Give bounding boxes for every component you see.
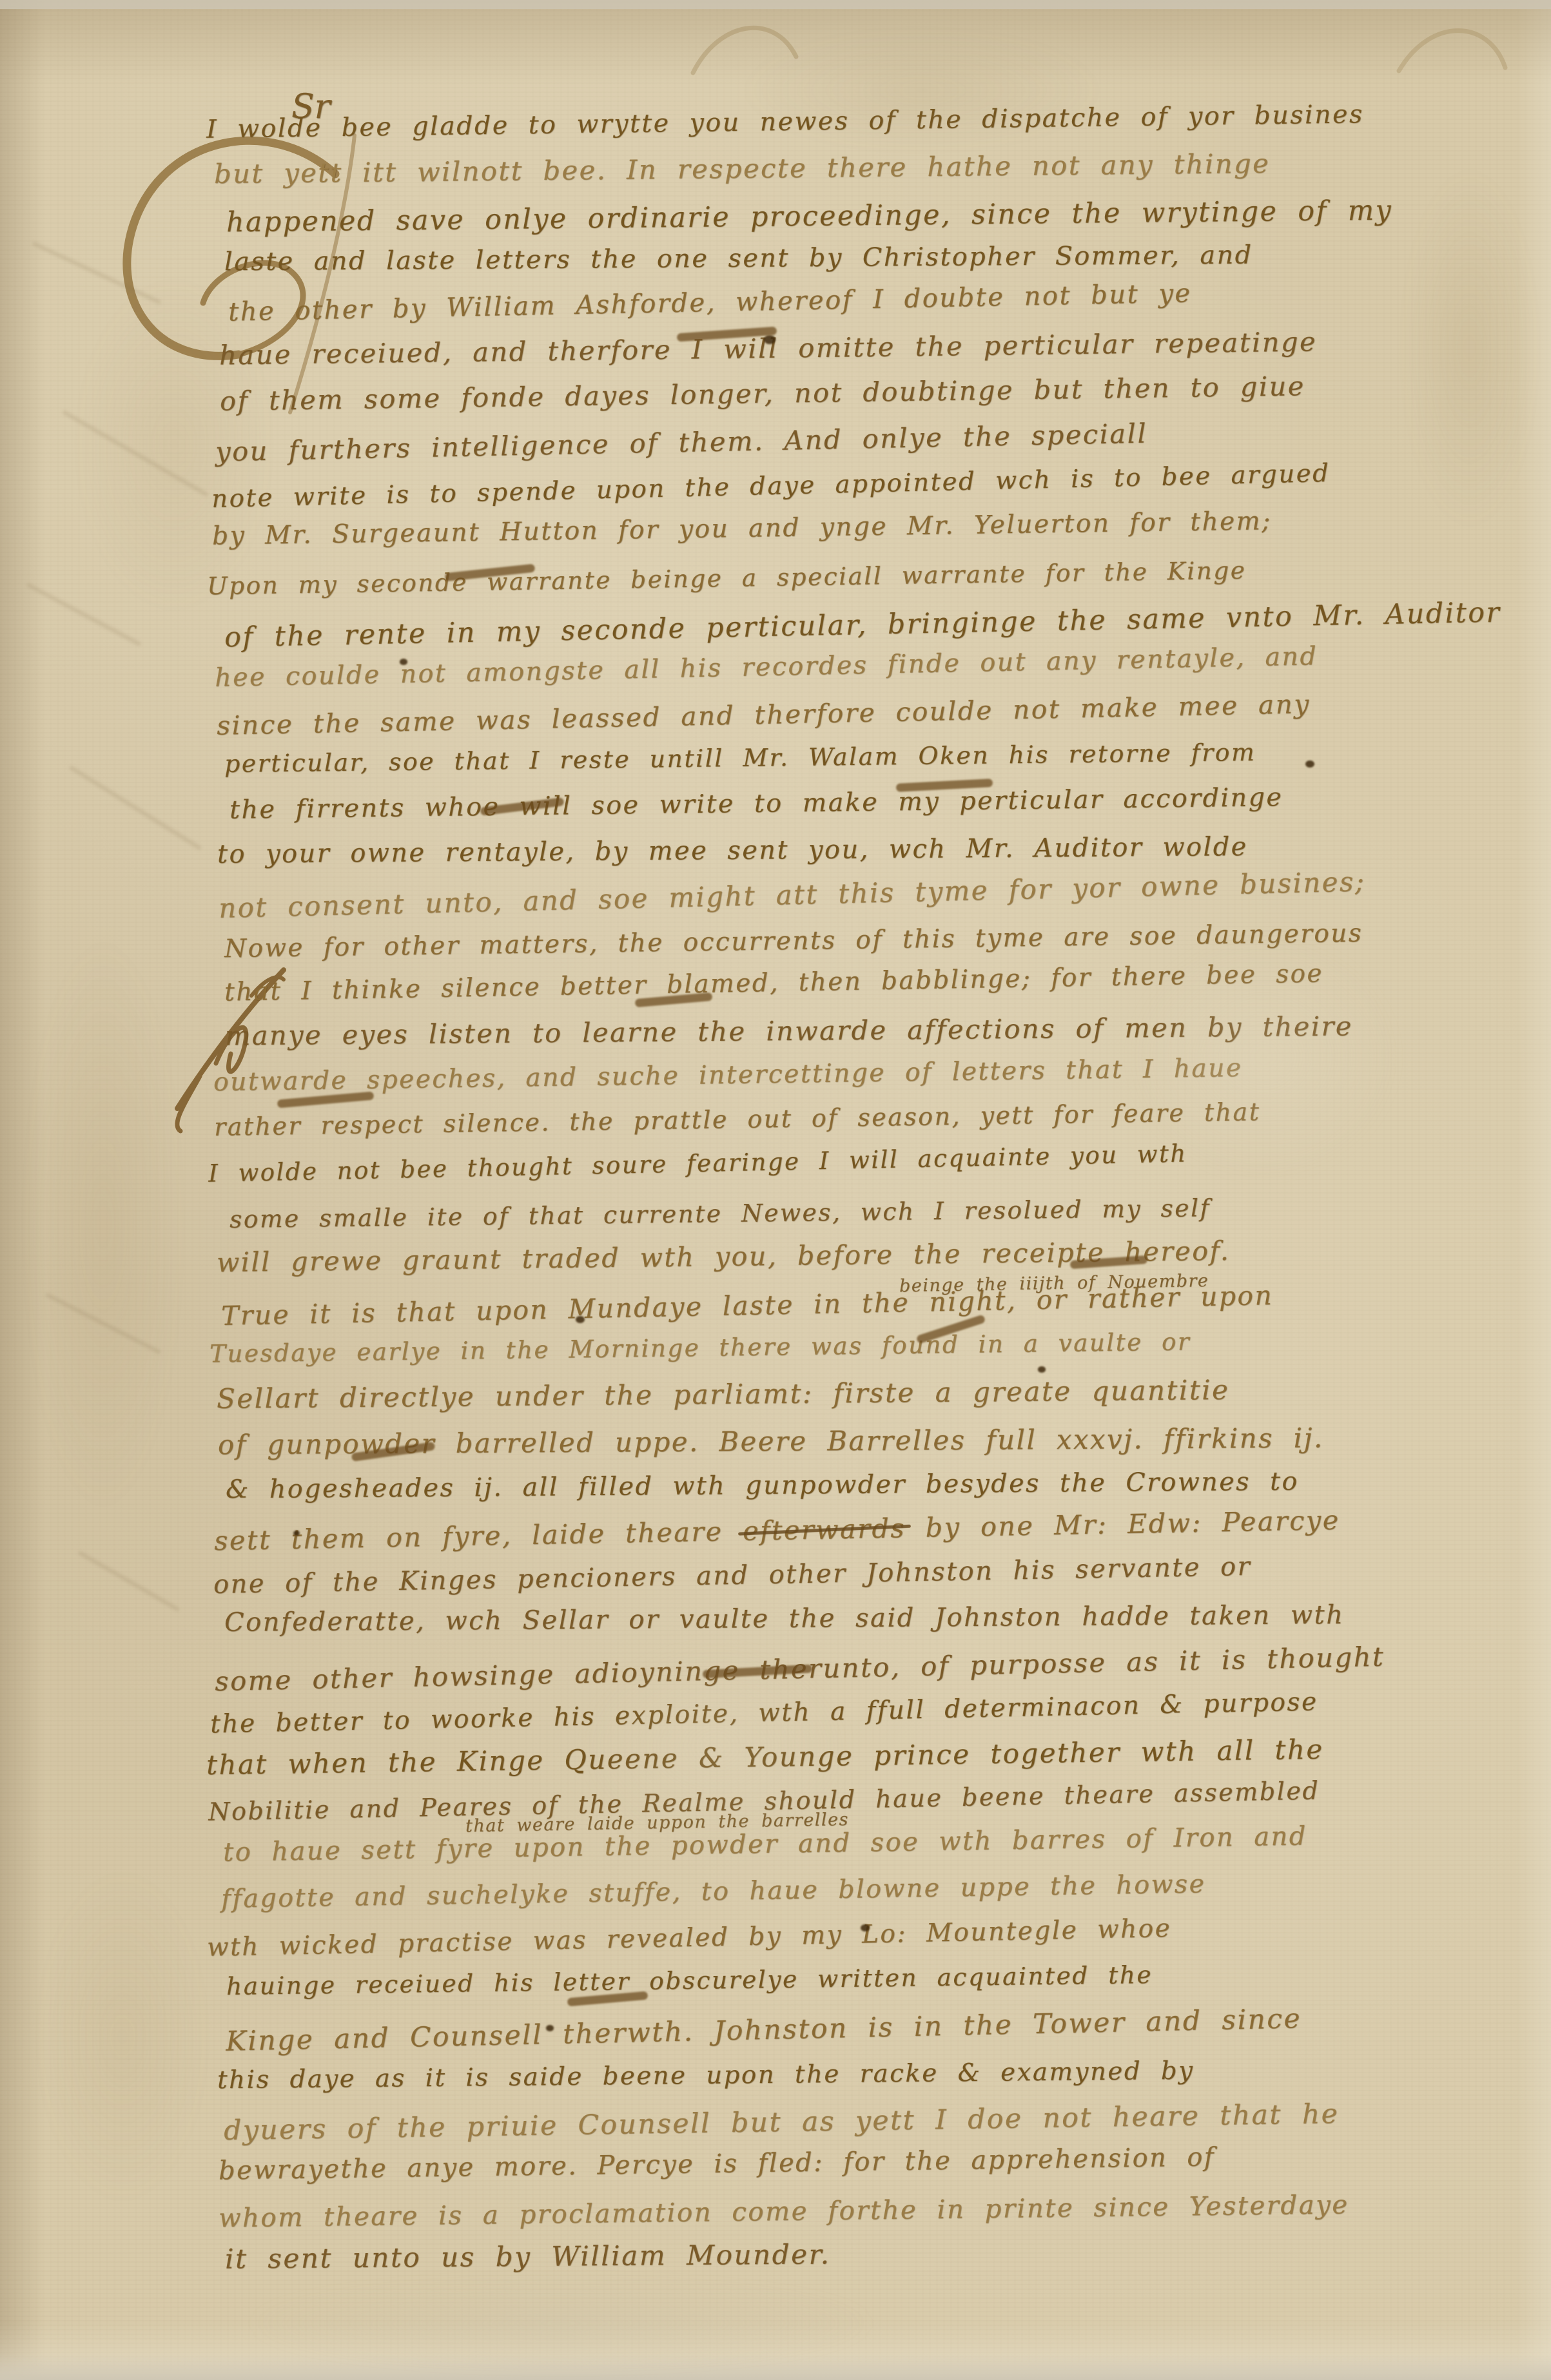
manuscript-line: rather respect silence. the prattle out … — [214, 1098, 1261, 1142]
showthrough-curl-icon — [1392, 6, 1521, 84]
ink-blot — [293, 1531, 300, 1536]
manuscript-line: perticular, soe that I reste untill Mr. … — [224, 737, 1256, 777]
ink-blot — [1038, 1366, 1046, 1373]
manuscript-page: Sr I wolde bee gladde to wrytte you newe… — [0, 0, 1551, 2380]
ink-showthrough-stroke — [68, 765, 202, 851]
manuscript-line: sett them on fyre, laide theare efterwar… — [213, 1505, 1340, 1556]
paper-stain — [1405, 168, 1534, 528]
manuscript-line: not consent unto, and soe might att this… — [219, 866, 1366, 924]
manuscript-line: dyuers of the priuie Counsell but as yet… — [224, 2098, 1340, 2146]
scan-edge-top — [0, 0, 1551, 9]
ink-showthrough-stroke — [26, 582, 142, 646]
scan-edge-bottom — [0, 2354, 1551, 2380]
ink-blot — [1305, 760, 1314, 768]
manuscript-line: whom theare is a proclamation come forth… — [219, 2190, 1349, 2233]
manuscript-line: Tuesdaye earlye in the Morninge there wa… — [210, 1327, 1191, 1368]
ink-blot — [546, 2025, 554, 2031]
paper-stain — [741, 32, 1102, 148]
manuscript-line: Confederatte, wch Sellar or vaulte the s… — [224, 1600, 1345, 1638]
manuscript-line: to your owne rentayle, by mee sent you, … — [217, 832, 1248, 869]
manuscript-line: the firrents whoe will soe write to make… — [229, 782, 1283, 825]
struck-out-word: efterwards — [742, 1513, 906, 1547]
manuscript-line: wth wicked practise was revealed by my L… — [207, 1914, 1172, 1962]
manuscript-line: outwarde speeches, and suche intercettin… — [213, 1054, 1243, 1097]
paper-stain — [77, 277, 271, 612]
manuscript-line: Kinge and Counsell therwth. Johnston is … — [225, 2002, 1302, 2057]
manuscript-line: Upon my seconde warrante beinge a specia… — [207, 556, 1247, 600]
manuscript-line: I wolde not bee thought soure fearinge I… — [208, 1139, 1187, 1187]
paper-stain — [26, 934, 180, 1514]
manuscript-line: since the same was leassed and therfore … — [217, 688, 1311, 741]
manuscript-line: note write is to spende upon the daye ap… — [211, 459, 1331, 514]
paper-stain — [245, 2281, 877, 2365]
manuscript-line: laste and laste letters the one sent by … — [224, 240, 1253, 277]
manuscript-line: by Mr. Surgeaunt Hutton for you and ynge… — [212, 507, 1272, 551]
paper-stain — [1128, 934, 1399, 1179]
ink-showthrough-stroke — [77, 1550, 180, 1612]
manuscript-line: will grewe graunt traded wth you, before… — [217, 1235, 1231, 1278]
ink-blot — [400, 659, 407, 665]
manuscript-line: this daye as it is saide beene upon the … — [217, 2056, 1194, 2095]
manuscript-line: Sellart directlye under the parliamt: fi… — [217, 1374, 1230, 1415]
manuscript-line: it sent unto us by William Mounder. — [225, 2239, 831, 2275]
manuscript-line: some smalle ite of that currente Newes, … — [229, 1194, 1211, 1234]
manuscript-line: one of the Kinges pencioners and other J… — [213, 1552, 1252, 1600]
manuscript-line: ffagotte and suchelyke stuffe, to haue b… — [221, 1869, 1206, 1913]
manuscript-line: & hogesheades ij. all filled wth gunpowd… — [226, 1467, 1299, 1505]
manuscript-line: hauinge receiued his letter obscurelye w… — [226, 1960, 1153, 2000]
paper-stain — [39, 1869, 206, 2204]
manuscript-line: bewrayethe anye more. Percye is fled: fo… — [218, 2142, 1215, 2185]
